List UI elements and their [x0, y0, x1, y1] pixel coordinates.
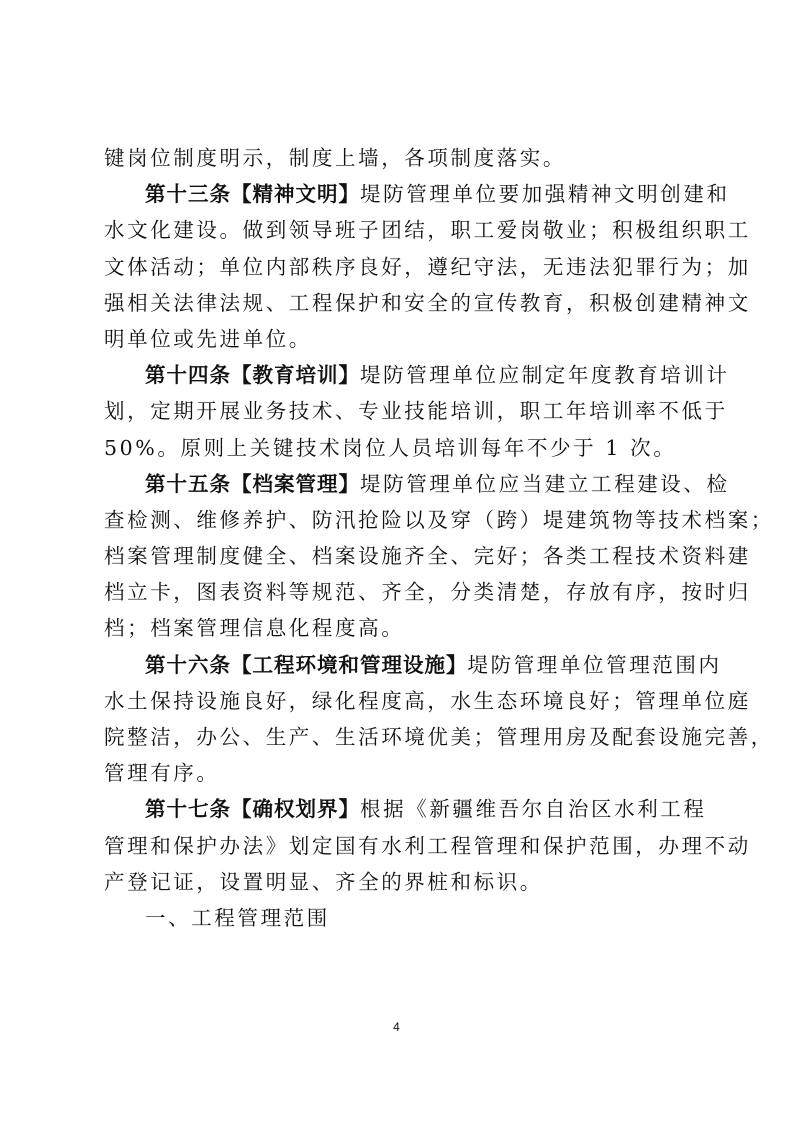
- article-17-heading-line: 第十七条【确权划界】根据《新疆维吾尔自治区水利工程: [104, 791, 690, 827]
- line-text: 根据《新疆维吾尔自治区水利工程: [360, 797, 707, 821]
- text-line: 划，定期开展业务技术、专业技能培训，职工年培训率不低于: [104, 393, 690, 429]
- text-line: 管理有序。: [104, 755, 690, 791]
- line-text: 堤防管理单位管理范围内: [468, 653, 722, 677]
- article-15-heading-line: 第十五条【档案管理】堤防管理单位应当建立工程建设、检: [104, 466, 690, 502]
- line-text: 水文化建设。做到领导班子团结，职工爱岗敬业；积极组织职工: [104, 218, 751, 242]
- line-text: 50%。原则上关键技术岗位人员培训每年不少于 1 次。: [104, 436, 676, 460]
- text-line: 明单位或先进单位。: [104, 321, 690, 357]
- section-heading-line: 一、工程管理范围: [104, 900, 690, 936]
- page-number: 4: [0, 1020, 793, 1034]
- text-line: 强相关法律法规、工程保护和安全的宣传教育，积极创建精神文: [104, 285, 690, 321]
- text-line: 档；档案管理信息化程度高。: [104, 610, 690, 646]
- line-text: 键岗位制度明示，制度上墙，各项制度落实。: [104, 146, 566, 170]
- text-line: 院整洁，办公、生产、生活环境优美；管理用房及配套设施完善，: [104, 719, 690, 755]
- line-text: 档立卡，图表资料等规范、齐全，分类清楚，存放有序，按时归: [104, 580, 751, 604]
- line-text: 文体活动；单位内部秩序良好，遵纪守法，无违法犯罪行为；加: [104, 255, 751, 279]
- article-13-heading-line: 第十三条【精神文明】堤防管理单位要加强精神文明创建和: [104, 176, 690, 212]
- line-text: 一、工程管理范围: [145, 906, 330, 930]
- text-line: 水土保持设施良好，绿化程度高，水生态环境良好；管理单位庭: [104, 683, 690, 719]
- line-text: 堤防管理单位应当建立工程建设、检: [360, 472, 730, 496]
- line-text: 水土保持设施良好，绿化程度高，水生态环境良好；管理单位庭: [104, 689, 751, 713]
- text-line: 键岗位制度明示，制度上墙，各项制度落实。: [104, 140, 690, 176]
- line-text: 明单位或先进单位。: [104, 327, 312, 351]
- article-heading: 第十四条【教育培训】: [145, 363, 360, 387]
- line-text: 档；档案管理信息化程度高。: [104, 616, 404, 640]
- line-text: 院整洁，办公、生产、生活环境优美；管理用房及配套设施完善，: [104, 725, 774, 749]
- line-text: 产登记证，设置明显、齐全的界桩和标识。: [104, 870, 543, 894]
- text-line: 文体活动；单位内部秩序良好，遵纪守法，无违法犯罪行为；加: [104, 249, 690, 285]
- text-line: 管理和保护办法》划定国有水利工程管理和保护范围，办理不动: [104, 828, 690, 864]
- text-line: 50%。原则上关键技术岗位人员培训每年不少于 1 次。: [104, 430, 690, 466]
- line-text: 管理和保护办法》划定国有水利工程管理和保护范围，办理不动: [104, 834, 751, 858]
- document-body: 键岗位制度明示，制度上墙，各项制度落实。 第十三条【精神文明】堤防管理单位要加强…: [104, 140, 690, 936]
- line-text: 强相关法律法规、工程保护和安全的宣传教育，积极创建精神文: [104, 291, 751, 315]
- text-line: 产登记证，设置明显、齐全的界桩和标识。: [104, 864, 690, 900]
- article-heading: 第十三条【精神文明】: [145, 182, 360, 206]
- line-text: 档案管理制度健全、档案设施齐全、完好；各类工程技术资料建: [104, 544, 751, 568]
- article-heading: 第十五条【档案管理】: [145, 472, 360, 496]
- line-text: 划，定期开展业务技术、专业技能培训，职工年培训率不低于: [104, 399, 728, 423]
- text-line: 档立卡，图表资料等规范、齐全，分类清楚，存放有序，按时归: [104, 574, 690, 610]
- article-16-heading-line: 第十六条【工程环境和管理设施】堤防管理单位管理范围内: [104, 647, 690, 683]
- line-text: 堤防管理单位要加强精神文明创建和: [360, 182, 730, 206]
- article-heading: 第十六条【工程环境和管理设施】: [145, 653, 468, 677]
- text-line: 查检测、维修养护、防汛抢险以及穿（跨）堤建筑物等技术档案；: [104, 502, 690, 538]
- line-text: 管理有序。: [104, 761, 220, 785]
- text-line: 水文化建设。做到领导班子团结，职工爱岗敬业；积极组织职工: [104, 212, 690, 248]
- article-14-heading-line: 第十四条【教育培训】堤防管理单位应制定年度教育培训计: [104, 357, 690, 393]
- text-line: 档案管理制度健全、档案设施齐全、完好；各类工程技术资料建: [104, 538, 690, 574]
- line-text: 查检测、维修养护、防汛抢险以及穿（跨）堤建筑物等技术档案；: [104, 508, 774, 532]
- line-text: 堤防管理单位应制定年度教育培训计: [360, 363, 730, 387]
- article-heading: 第十七条【确权划界】: [145, 797, 360, 821]
